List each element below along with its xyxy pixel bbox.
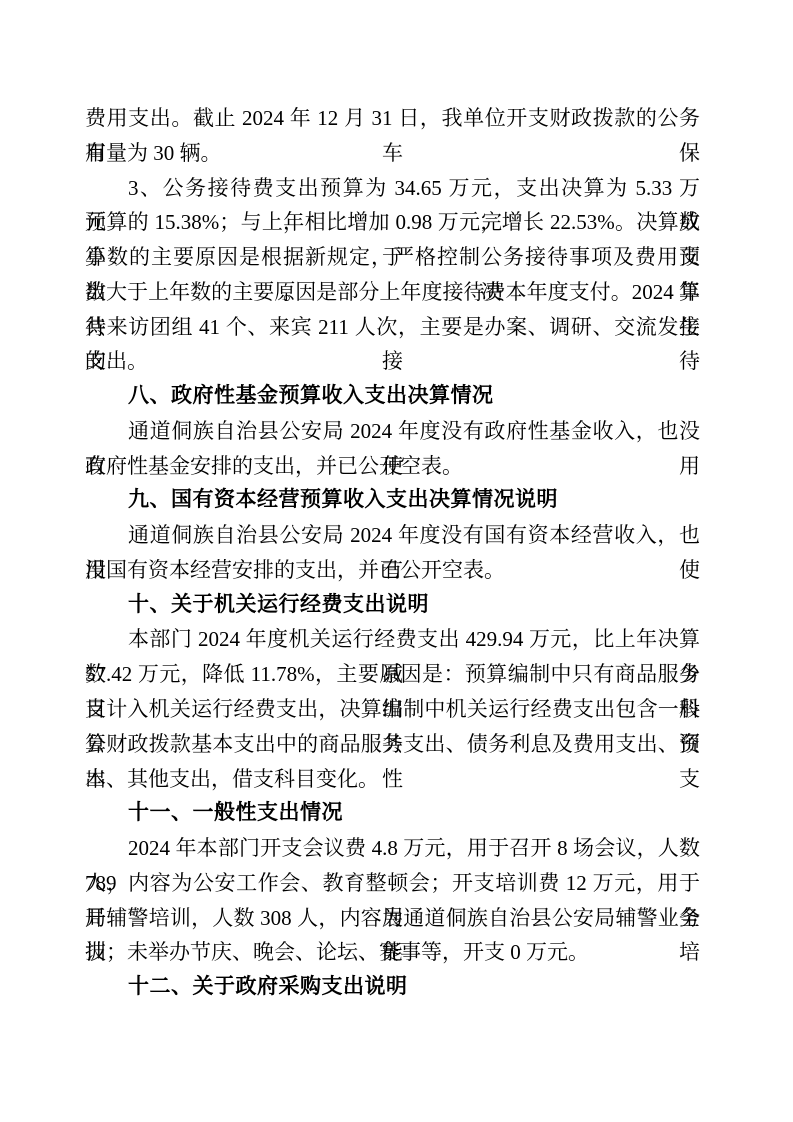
paragraph-line: 3、公务接待费支出预算为 34.65 万元，支出决算为 5.33 万元，完成 bbox=[85, 171, 700, 206]
paragraph-line: 费用支出。截止 2024 年 12 月 31 日，我单位开支财政拨款的公务用车保 bbox=[85, 101, 700, 136]
paragraph-line: 通道侗族自治县公安局 2024 年度没有政府性基金收入，也没有使用 bbox=[85, 414, 700, 449]
paragraph-line: 预算的 15.38%；与上年相比增加 0.98 万元，增长 22.53%。决算数… bbox=[85, 205, 700, 240]
section-heading-operating-expenses: 十、关于机关运行经费支出说明 bbox=[85, 588, 700, 623]
paragraph-line: 本部门 2024 年度机关运行经费支出 429.94 万元，比上年决算数减少 bbox=[85, 622, 700, 657]
paragraph-line: 算数的主要原因是根据新规定，严格控制公务接待事项及费用支出。决算 bbox=[85, 240, 700, 275]
section-heading-general-expenses: 十一、一般性支出情况 bbox=[85, 796, 700, 831]
paragraph-line: 2024 年本部门开支会议费 4.8 万元，用于召开 8 场会议，人数 789 bbox=[85, 831, 700, 866]
paragraph-line: 待来访团组 41 个、来宾 211 人次，主要是办案、调研、交流发生的接待 bbox=[85, 310, 700, 345]
paragraph-line: 通道侗族自治县公安局 2024 年度没有国有资本经营收入，也没有使 bbox=[85, 518, 700, 553]
section-heading-government-funds: 八、政府性基金预算收入支出决算情况 bbox=[85, 379, 700, 414]
paragraph-line: 算财政拨款基本支出中的商品服务支出、债务利息及费用支出、资本性支 bbox=[85, 727, 700, 762]
paragraph-line: 57.42 万元，降低 11.78%，主要原因是：预算编制中只有商品服务支出科 bbox=[85, 657, 700, 692]
section-heading-government-procurement: 十二、关于政府采购支出说明 bbox=[85, 970, 700, 1005]
paragraph-line: 目计入机关运行经费支出，决算编制中机关运行经费支出包含一般公共预 bbox=[85, 692, 700, 727]
document-page: 费用支出。截止 2024 年 12 月 31 日，我单位开支财政拨款的公务用车保… bbox=[0, 0, 793, 1122]
paragraph-line: 人，内容为公安工作会、教育整顿会；开支培训费 12 万元，用于开展全 bbox=[85, 866, 700, 901]
document-body: 费用支出。截止 2024 年 12 月 31 日，我单位开支财政拨款的公务用车保… bbox=[85, 101, 700, 1005]
paragraph-line: 数大于上年数的主要原因是部分上年度接待费本年度支付。2024 年共接 bbox=[85, 275, 700, 310]
paragraph-line: 局辅警培训，人数 308 人，内容为通道侗族自治县公安局辅警业务技能培 bbox=[85, 901, 700, 936]
section-heading-state-capital: 九、国有资本经营预算收入支出决算情况说明 bbox=[85, 483, 700, 518]
